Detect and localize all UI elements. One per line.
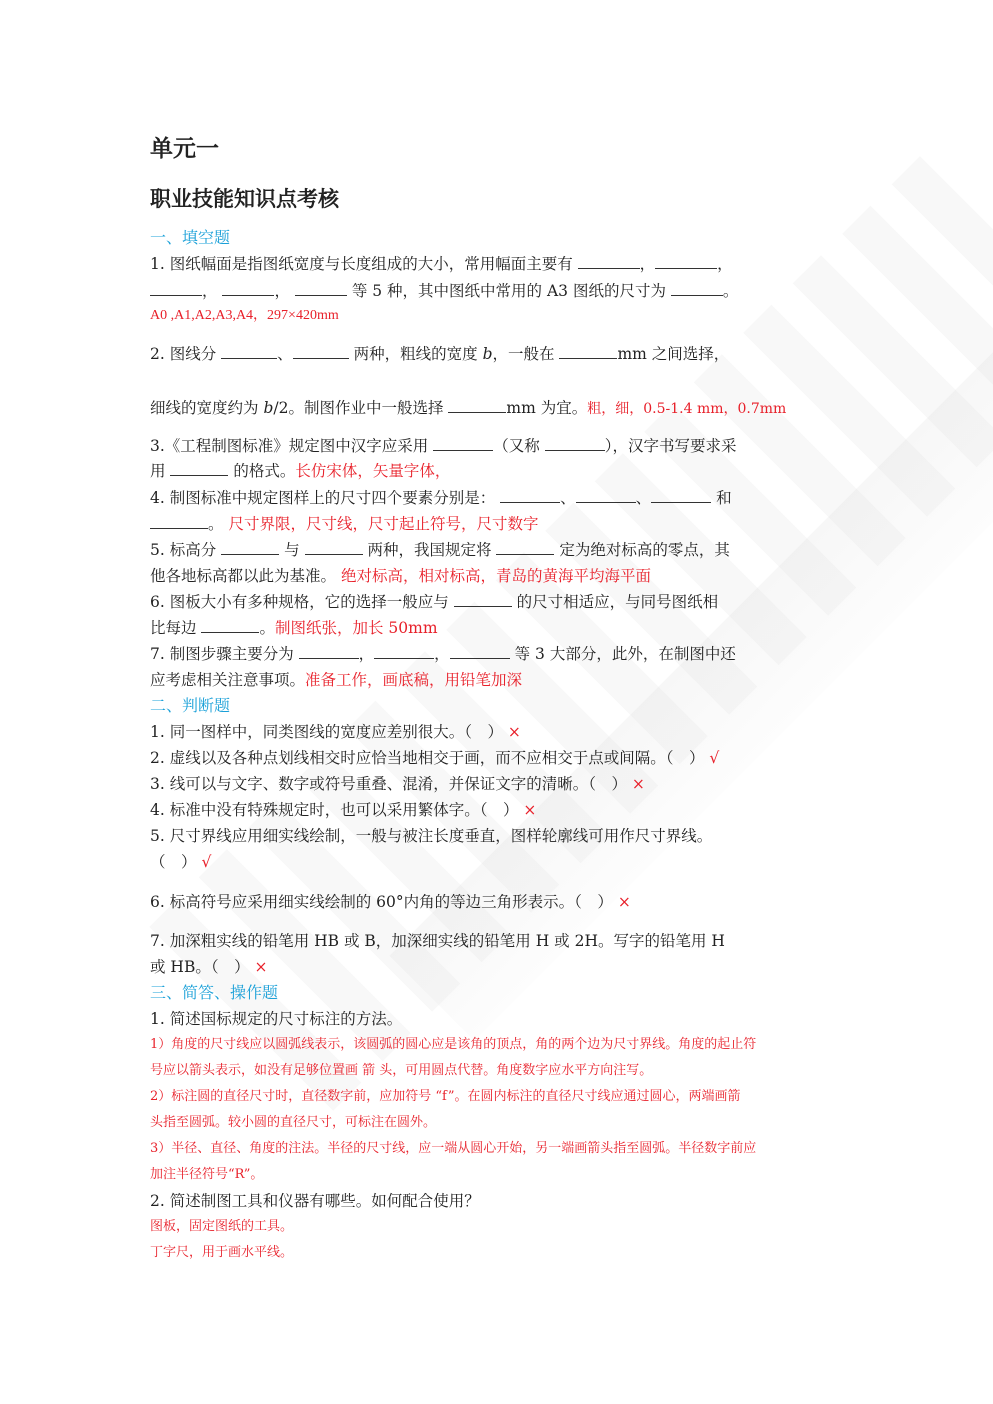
- fill-q3-line1: 3.《工程制图标准》规定图中汉字应采用 （又称 ），汉字书写要求采: [150, 436, 736, 456]
- short-q1-answer-line: 3）半径、直径、角度的注法。半径的尺寸线，应一端从圆心开始，另一端画箭头指至圆弧…: [150, 1139, 756, 1159]
- short-q1-answer-line: 1）角度的尺寸线应以圆弧线表示，该圆弧的圆心应是该角的顶点，角的两个边为尺寸界线…: [150, 1035, 756, 1055]
- q7-text: 7. 制图步骤主要分为: [150, 645, 294, 663]
- q2-text: mm 之间选择，: [617, 345, 729, 363]
- section-heading-fill: 一、填空题: [150, 228, 230, 248]
- blank: [221, 344, 277, 359]
- judge-item: 6. 标高符号应采用细实线绘制的 60°内角的等边三角形表示。（ ） ×: [150, 892, 631, 912]
- check-icon: √: [201, 853, 211, 871]
- judge-item: 2. 虚线以及各种点划线相交时应恰当地相交于画，而不应相交于点或间隔。（ ） √: [150, 748, 719, 768]
- fill-q7-line1: 7. 制图步骤主要分为 ，， 等 3 大部分，此外，在制图中还: [150, 644, 736, 664]
- blank: [222, 281, 274, 296]
- var-b: b: [483, 345, 493, 363]
- fill-q7-line2: 应考虑相关注意事项。准备工作，画底稿，用铅笔加深: [150, 670, 522, 690]
- judge-item: 7. 加深粗实线的铅笔用 HB 或 B，加深细实线的铅笔用 H 或 2H。写字的…: [150, 931, 725, 951]
- blank: [305, 540, 363, 555]
- fill-q6-line2: 比每边 。制图纸张，加长 50mm: [150, 618, 438, 638]
- cross-icon: ×: [255, 958, 268, 976]
- blank: [500, 488, 560, 503]
- short-q2: 2. 简述制图工具和仪器有哪些。如何配合使用？: [150, 1191, 480, 1211]
- q3-text: ），汉字书写要求采: [605, 437, 737, 455]
- judge-item: 4. 标准中没有特殊规定时，也可以采用繁体字。（ ） ×: [150, 800, 536, 820]
- q5-text: 与: [284, 541, 300, 559]
- q5-text: 5. 标高分: [150, 541, 216, 559]
- judge-text: 2. 虚线以及各种点划线相交时应恰当地相交于画，而不应相交于点或间隔。（ ）: [150, 749, 704, 767]
- fill-q4-line2: 。 尺寸界限，尺寸线，尺寸起止符号，尺寸数字: [150, 514, 538, 534]
- blank: [221, 540, 279, 555]
- judge-item: 5. 尺寸界线应用细实线绘制，一般与被注长度垂直，图样轮廓线可用作尺寸界线。: [150, 826, 712, 846]
- cross-icon: ×: [508, 723, 521, 741]
- judge-text: 7. 加深粗实线的铅笔用 HB 或 B，加深细实线的铅笔用 H 或 2H。写字的…: [150, 932, 725, 950]
- q3-text: 3.《工程制图标准》规定图中汉字应采用: [150, 437, 428, 455]
- fill-q6-line1: 6. 图板大小有多种规格，它的选择一般应与 的尺寸相适应，与同号图纸相: [150, 592, 718, 612]
- cross-icon: ×: [618, 893, 631, 911]
- blank: [448, 398, 506, 413]
- fill-q5-line2: 他各地标高都以此为基准。 绝对标高，相对标高，青岛的黄海平均海平面: [150, 566, 651, 586]
- blank: [150, 514, 208, 529]
- blank: [433, 436, 493, 451]
- fill-q5-line1: 5. 标高分 与 两种，我国规定将 定为绝对标高的零点，其: [150, 540, 730, 560]
- short-q1-answer-line: 头指至圆弧。较小圆的直径尺寸，可标注在圆外。: [150, 1113, 436, 1133]
- q5-text: 定为绝对标高的零点，其: [559, 541, 730, 559]
- blank: [671, 281, 723, 296]
- judge-text: 或 HB。（ ）: [150, 958, 250, 976]
- blank: [559, 344, 617, 359]
- q2-text: /2。制图作业中一般选择: [273, 399, 443, 417]
- q2-answer: 粗，细，0.5-1.4 mm，0.7mm: [587, 401, 786, 417]
- blank: [374, 644, 434, 659]
- short-q2-answer-line: 丁字尺，用于画水平线。: [150, 1243, 293, 1263]
- q5-text: 他各地标高都以此为基准。: [150, 567, 336, 585]
- fill-q1-line2: ， ， 等 5 种，其中图纸中常用的 A3 图纸的尺寸为 。: [150, 281, 738, 301]
- q6-text: 。: [259, 619, 275, 637]
- cross-icon: ×: [632, 775, 645, 793]
- var-b: b: [263, 399, 273, 417]
- short-q1-answer-line: 加注半径符号“R”。: [150, 1165, 263, 1185]
- q4-text: 。: [208, 515, 224, 533]
- blank: [655, 254, 717, 269]
- q7-text: 应考虑相关注意事项。: [150, 671, 305, 689]
- judge-text: 1. 同一图样中，同类图线的宽度应差别很大。（ ）: [150, 723, 503, 741]
- q2-text: mm 为宜。: [506, 399, 587, 417]
- short-q2-answer-line: 图板，固定图纸的工具。: [150, 1217, 293, 1237]
- fill-q1-line1: 1. 图纸幅面是指图纸宽度与长度组成的大小，常用幅面主要有 ，，: [150, 254, 733, 274]
- q6-text: 6. 图板大小有多种规格，它的选择一般应与: [150, 593, 449, 611]
- q3-text: 用: [150, 462, 166, 480]
- judge-item: 3. 线可以与文字、数字或符号重叠、混淆，并保证文字的清晰。（ ） ×: [150, 774, 645, 794]
- q6-text: 的尺寸相适应，与同号图纸相: [517, 593, 719, 611]
- blank: [651, 488, 711, 503]
- blank: [545, 436, 605, 451]
- blank: [578, 254, 640, 269]
- q7-answer: 准备工作，画底稿，用铅笔加深: [305, 671, 522, 689]
- judge-text: 4. 标准中没有特殊规定时，也可以采用繁体字。（ ）: [150, 801, 518, 819]
- q2-text: 两种，粗线的宽度: [354, 345, 478, 363]
- q3-text: 的格式。: [233, 462, 295, 480]
- blank: [170, 461, 228, 476]
- q4-answer: 尺寸界限，尺寸线，尺寸起止符号，尺寸数字: [228, 515, 538, 533]
- q7-text: 等 3 大部分，此外，在制图中还: [515, 645, 736, 663]
- judge-item-cont: （ ） √: [150, 852, 211, 872]
- short-q1: 1. 简述国标规定的尺寸标注的方法。: [150, 1009, 402, 1029]
- judge-text: （ ）: [150, 853, 197, 871]
- blank: [150, 281, 202, 296]
- cross-icon: ×: [523, 801, 536, 819]
- q5-answer: 绝对标高，相对标高，青岛的黄海平均海平面: [341, 567, 651, 585]
- judge-item: 1. 同一图样中，同类图线的宽度应差别很大。（ ） ×: [150, 722, 521, 742]
- q4-text: 和: [716, 489, 732, 507]
- q2-text: ，一般在: [493, 345, 555, 363]
- blank: [295, 281, 347, 296]
- judge-text: 6. 标高符号应采用细实线绘制的 60°内角的等边三角形表示。（ ）: [150, 893, 613, 911]
- blank: [496, 540, 554, 555]
- judge-item-cont: 或 HB。（ ） ×: [150, 957, 268, 977]
- judge-text: 3. 线可以与文字、数字或符号重叠、混淆，并保证文字的清晰。（ ）: [150, 775, 627, 793]
- fill-q4-line1: 4. 制图标准中规定图样上的尺寸四个要素分别是： 、、 和: [150, 488, 732, 508]
- section-heading-short: 三、简答、操作题: [150, 983, 278, 1003]
- blank: [201, 618, 259, 633]
- blank: [299, 644, 359, 659]
- q3-answer: 长仿宋体，矢量字体，: [295, 462, 450, 480]
- blank: [293, 344, 349, 359]
- short-q1-answer-line: 2）标注圆的直径尺寸时，直径数字前，应加符号 “f”。在圆内标注的直径尺寸线应通…: [150, 1087, 740, 1107]
- page-subtitle: 职业技能知识点考核: [150, 183, 339, 213]
- q1-answer: A0 ,A1,A2,A3,A4，297×420mm: [150, 306, 339, 326]
- check-icon: √: [709, 749, 719, 767]
- blank: [454, 592, 512, 607]
- short-q1-answer-line: 号应以箭头表示，如没有足够位置画 箭 头，可用圆点代替。角度数字应水平方向注写。: [150, 1061, 652, 1081]
- q1-text: 1. 图纸幅面是指图纸宽度与长度组成的大小，常用幅面主要有: [150, 255, 573, 273]
- q1-text: 等 5 种，其中图纸中常用的 A3 图纸的尺寸为: [352, 282, 666, 300]
- fill-q3-line2: 用 的格式。长仿宋体，矢量字体，: [150, 461, 450, 481]
- q6-answer: 制图纸张，加长 50mm: [275, 619, 438, 637]
- section-heading-judge: 二、判断题: [150, 696, 230, 716]
- fill-q2-line1: 2. 图线分 、 两种，粗线的宽度 b，一般在 mm 之间选择，: [150, 344, 729, 364]
- q6-text: 比每边: [150, 619, 197, 637]
- judge-text: 5. 尺寸界线应用细实线绘制，一般与被注长度垂直，图样轮廓线可用作尺寸界线。: [150, 827, 712, 845]
- blank: [450, 644, 510, 659]
- q3-text: （又称: [493, 437, 540, 455]
- q2-text: 细线的宽度约为: [150, 399, 259, 417]
- unit-title: 单元一: [150, 130, 219, 163]
- blank: [576, 488, 636, 503]
- q5-text: 两种，我国规定将: [367, 541, 491, 559]
- q2-text: 2. 图线分: [150, 345, 216, 363]
- q4-text: 4. 制图标准中规定图样上的尺寸四个要素分别是：: [150, 489, 495, 507]
- fill-q2-line2: 细线的宽度约为 b/2。制图作业中一般选择 mm 为宜。粗，细，0.5-1.4 …: [150, 398, 786, 419]
